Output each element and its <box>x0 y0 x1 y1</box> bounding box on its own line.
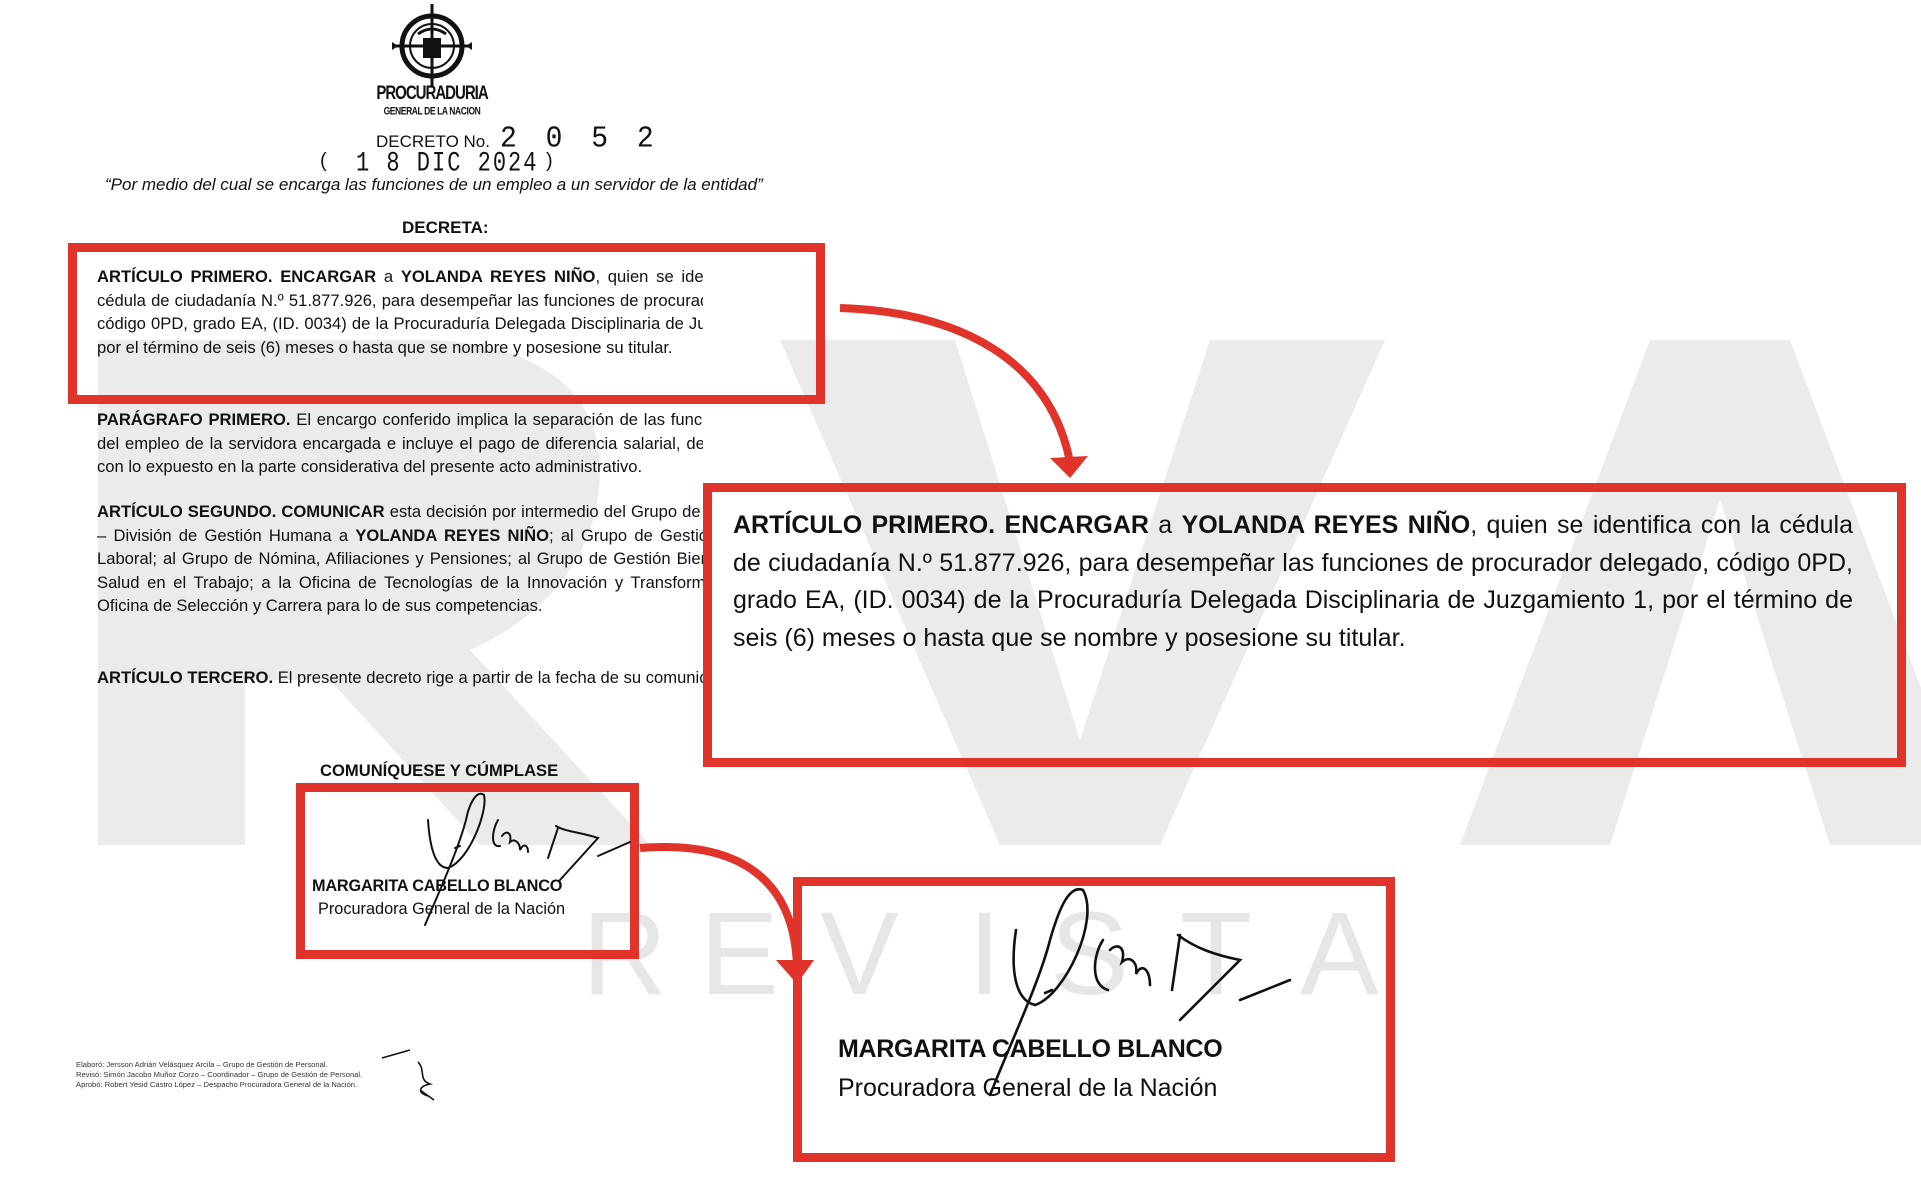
paragrafo-primero: PARÁGRAFO PRIMERO. El encargo conferido … <box>97 408 703 479</box>
person-name: YOLANDA REYES NIÑO <box>355 526 549 545</box>
articulo-tercero: ARTÍCULO TERCERO. El presente decreto ri… <box>97 666 703 690</box>
paragraph-lead: PARÁGRAFO PRIMERO. <box>97 410 291 429</box>
zoom-box-articulo <box>703 483 1906 767</box>
article-lead: ARTÍCULO SEGUNDO. COMUNICAR <box>97 502 385 521</box>
highlight-box-signature <box>296 783 639 959</box>
footnote-line: Elaboró: Jersson Adrián Velásquez Arcila… <box>76 1060 362 1070</box>
footnote-line: Revisó: Simón Jacobo Muñoz Corzo – Coord… <box>76 1070 362 1080</box>
document-body: ARTÍCULO PRIMERO. ENCARGAR a YOLANDA REY… <box>0 0 703 1203</box>
zoom-box-signature <box>793 877 1395 1162</box>
closing-formula: COMUNÍQUESE Y CÚMPLASE <box>320 761 558 781</box>
article-lead: ARTÍCULO TERCERO. <box>97 668 273 687</box>
articulo-segundo: ARTÍCULO SEGUNDO. COMUNICAR esta decisió… <box>97 500 703 618</box>
watermark-letter: E <box>700 895 779 1013</box>
article-text: El presente decreto rige a partir de la … <box>273 668 703 687</box>
highlight-box-articulo <box>68 243 825 404</box>
footnote-line: Aprobó: Robert Yesid Castro López – Desp… <box>76 1080 362 1090</box>
document-footnote: Elaboró: Jersson Adrián Velásquez Arcila… <box>76 1060 362 1090</box>
